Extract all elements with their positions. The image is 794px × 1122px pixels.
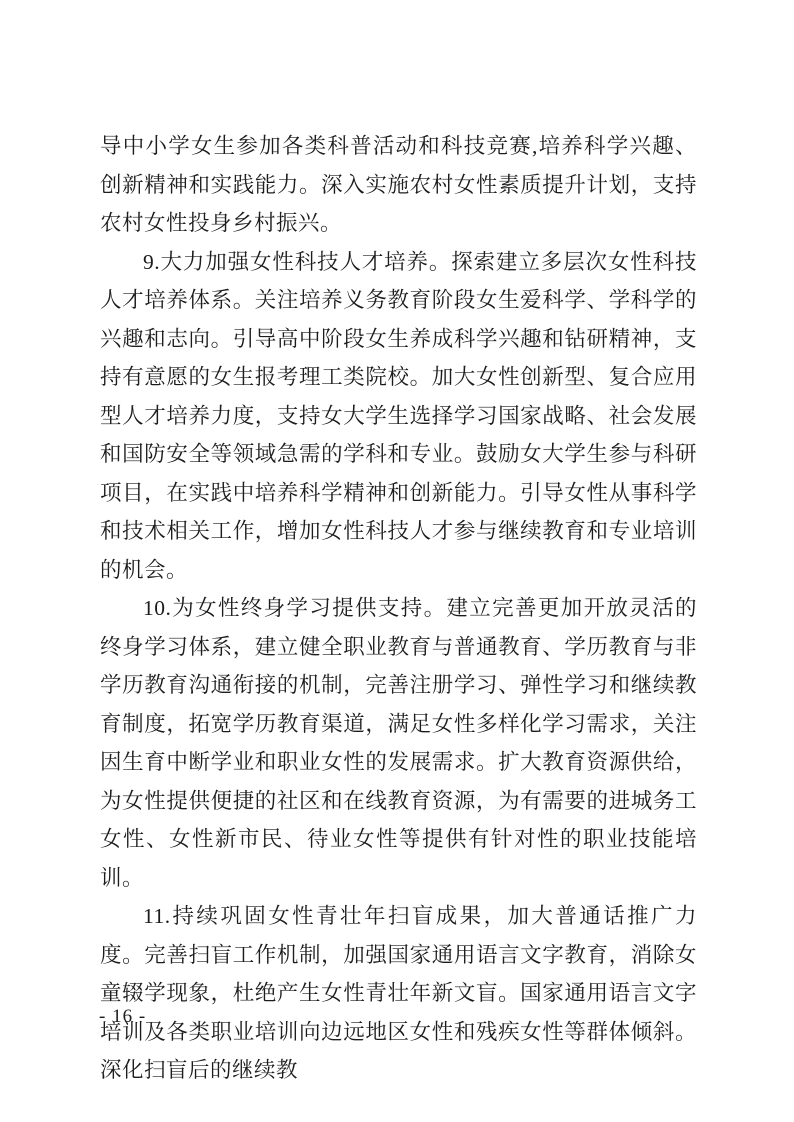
paragraph-continuation: 导中小学女生参加各类科普活动和科技竞赛,培养科学兴趣、创新精神和实践能力。深入实…	[100, 127, 697, 243]
document-body: 导中小学女生参加各类科普活动和科技竞赛,培养科学兴趣、创新精神和实践能力。深入实…	[100, 127, 697, 1090]
page-number: - 16 -	[99, 1004, 146, 1031]
paragraph-item-10: 10.为女性终身学习提供支持。建立完善更加开放灵活的终身学习体系，建立健全职业教…	[100, 589, 697, 897]
document-page: 导中小学女生参加各类科普活动和科技竞赛,培养科学兴趣、创新精神和实践能力。深入实…	[0, 0, 794, 1122]
paragraph-item-9: 9.大力加强女性科技人才培养。探索建立多层次女性科技人才培养体系。关注培养义务教…	[100, 243, 697, 590]
paragraph-item-11: 11.持续巩固女性青壮年扫盲成果，加大普通话推广力度。完善扫盲工作机制，加强国家…	[100, 897, 697, 1090]
